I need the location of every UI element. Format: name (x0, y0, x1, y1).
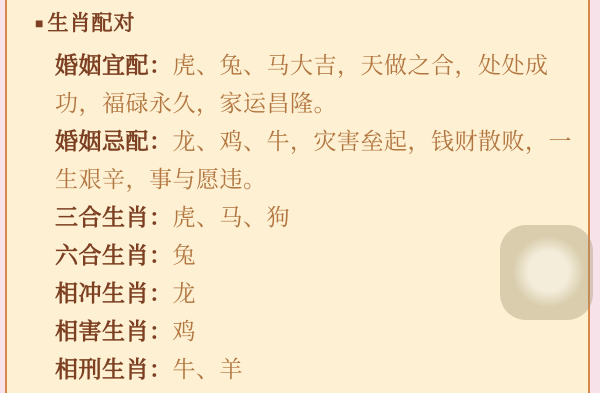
row-conflicting-zodiac-label: 相冲生肖： (55, 280, 173, 306)
row-harmful-zodiac-value: 鸡 (173, 318, 197, 344)
row-punishing-zodiac: 相刑生肖：牛、羊 (55, 350, 587, 388)
row-liuhe-zodiac-label: 六合生肖： (55, 242, 173, 268)
row-sanhe-zodiac-value: 虎、马、狗 (173, 204, 291, 230)
circle-glow-icon (500, 225, 593, 320)
floating-overlay-button[interactable] (500, 225, 593, 320)
section-title: ■生肖配对 (35, 7, 135, 37)
row-conflicting-zodiac-value: 龙 (173, 280, 197, 306)
section-title-text: 生肖配对 (47, 12, 135, 35)
row-marriage-avoid: 婚姻忌配：龙、鸡、牛，灾害垒起，钱财散败，一 生艰辛，事与愿违。 (55, 122, 587, 198)
row-marriage-avoid-label: 婚姻忌配： (55, 128, 173, 154)
row-marriage-suitable-label: 婚姻宜配： (55, 52, 173, 78)
row-punishing-zodiac-value: 牛、羊 (173, 356, 244, 382)
row-liuhe-zodiac-value: 兔 (173, 242, 197, 268)
square-bullet-icon: ■ (35, 15, 44, 31)
row-harmful-zodiac-label: 相害生肖： (55, 318, 173, 344)
row-sanhe-zodiac-label: 三合生肖： (55, 204, 173, 230)
row-marriage-suitable: 婚姻宜配：虎、兔、马大吉，天做之合，处处成 功，福碌永久，家运昌隆。 (55, 46, 587, 122)
row-punishing-zodiac-label: 相刑生肖： (55, 356, 173, 382)
page-bottom-whitespace (0, 393, 600, 400)
content-card: ■生肖配对 婚姻宜配：虎、兔、马大吉，天做之合，处处成 功，福碌永久，家运昌隆。… (5, 0, 590, 393)
zodiac-pairing-list: 婚姻宜配：虎、兔、马大吉，天做之合，处处成 功，福碌永久，家运昌隆。 婚姻忌配：… (55, 46, 587, 388)
